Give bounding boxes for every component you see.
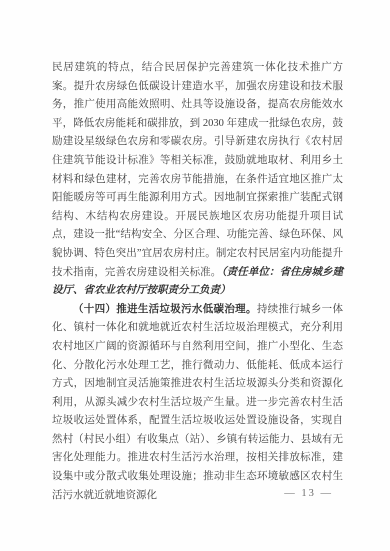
text-segment: 民居建筑的特点，结合民居保护完善建筑一体化技术推广方案。提升农房绿色低碳设计建造… [52,62,343,278]
text-segment: 持续推行城乡一体化、镇村一体化和就地就近农村生活垃圾治理模式，充分利用农村地区广… [52,304,343,501]
paragraph: 民居建筑的特点，结合民居保护完善建筑一体化技术推广方案。提升农房绿色低碳设计建造… [52,59,343,301]
text-segment: （十四）推进生活垃圾污水低碳治理。 [73,304,257,315]
document-page: 民居建筑的特点，结合民居保护完善建筑一体化技术推广方案。提升农房绿色低碳设计建造… [0,0,390,551]
page-number: — 13 — [284,488,333,499]
paragraph: （十四）推进生活垃圾污水低碳治理。持续推行城乡一体化、镇村一体化和就地就近农村生… [52,301,343,506]
document-body: 民居建筑的特点，结合民居保护完善建筑一体化技术推广方案。提升农房绿色低碳设计建造… [52,59,343,505]
